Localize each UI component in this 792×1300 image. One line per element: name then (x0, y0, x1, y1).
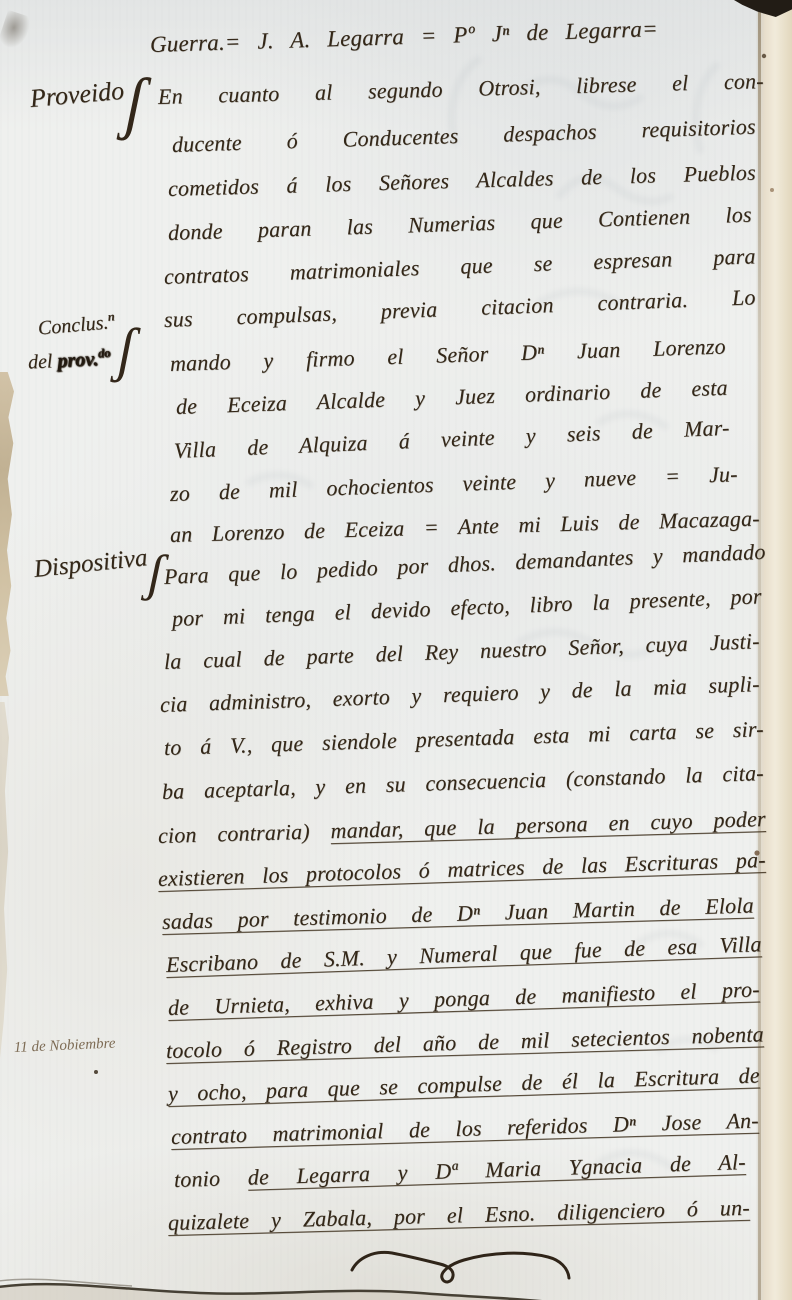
torn-edge-bottom-hairline (0, 1279, 132, 1286)
closing-flourish (352, 1252, 569, 1282)
manuscript-line: por mi tenga el devido efecto, libro la … (171, 581, 762, 634)
ink-smudge (0, 10, 33, 52)
header-text: Guerra.= J. A. Legarra = Pº Jⁿ de Legarr… (150, 16, 659, 57)
torn-edge-left (0, 372, 14, 696)
manuscript-page: Guerra.= J. A. Legarra = Pº Jⁿ de Legarr… (0, 0, 792, 1300)
margin-note-dispositiva: Dispositiva (33, 544, 149, 584)
manuscript-line: tonio de Legarra y Dª Maria Ygnacia de A… (174, 1147, 747, 1195)
torn-edge-left (0, 702, 9, 1058)
margin-note-conclusion-line2: del prov.do (27, 346, 111, 375)
margin-note-date: 11 de Nobiembre (14, 1036, 116, 1057)
manuscript-line: contrato matrimonial de los referidos Dⁿ… (171, 1106, 760, 1152)
margin-brace: ʃ (117, 319, 135, 381)
manuscript-line: ducente ó Conducentes despachos requisit… (172, 112, 757, 160)
manuscript-line: cion contraria) mandar, que la persona e… (158, 804, 767, 851)
margin-note-conclusion-line1: Conclus.n (37, 309, 116, 340)
manuscript-line: la cual de parte del Rey nuestro Señor, … (163, 626, 760, 677)
manuscript-line: cometidos á los Señores Alcaldes de los … (168, 158, 757, 204)
manuscript-line: y ocho, para que se compulse de él la Es… (168, 1060, 761, 1109)
manuscript-line: to á V., que siendole presentada esta mi… (164, 714, 765, 763)
blotted-abbreviation: prov. (57, 348, 99, 372)
manuscript-line: ba aceptarla, y en su consecuencia (cons… (162, 758, 765, 807)
manuscript-line: de Urnieta, exhiva y ponga de manifiesto… (168, 974, 761, 1023)
manuscript-line: quizalete y Zabala, por el Esno. diligen… (168, 1193, 751, 1238)
manuscript-line: existieren los protocolos ó matrices de … (158, 845, 767, 894)
torn-edge-bottom-line (0, 1284, 558, 1300)
header-line: Guerra.= J. A. Legarra = Pº Jⁿ de Legarr… (150, 14, 659, 60)
manuscript-line: zo de mil ochocientos veinte y nueve = J… (169, 459, 738, 509)
manuscript-line: mando y firmo el Señor Dⁿ Juan Lorenzo (170, 332, 727, 379)
manuscript-line: sus compulsas, previa citacion contraria… (163, 282, 756, 335)
manuscript-line: de Eceiza Alcalde y Juez ordinario de es… (175, 373, 728, 422)
manuscript-line: cia administro, exorto y requiero y de l… (159, 669, 760, 720)
ink-speck (94, 1070, 98, 1074)
manuscript-line: En cuanto al segundo Otrosi, librese el … (158, 66, 765, 112)
manuscript-line: tocolo ó Registro del año de mil setecie… (166, 1019, 765, 1066)
manuscript-line: contratos matrimoniales que se espresan … (163, 241, 756, 292)
margin-brace: ʃ (147, 548, 164, 600)
margin-note-proveido: Proveido (29, 76, 126, 114)
manuscript-line: sadas por testimonio de Dⁿ Juan Martin d… (162, 890, 755, 937)
torn-edge-bottom (0, 1284, 558, 1300)
page-edge-right (756, 0, 792, 1300)
manuscript-line: Villa de Alquiza á veinte y seis de Mar- (173, 413, 730, 466)
manuscript-line: Escribano de S.M. y Numeral que fue de e… (165, 929, 762, 980)
manuscript-line: donde paran las Numerias que Contienen l… (168, 200, 753, 248)
margin-brace: ʃ (124, 67, 145, 139)
